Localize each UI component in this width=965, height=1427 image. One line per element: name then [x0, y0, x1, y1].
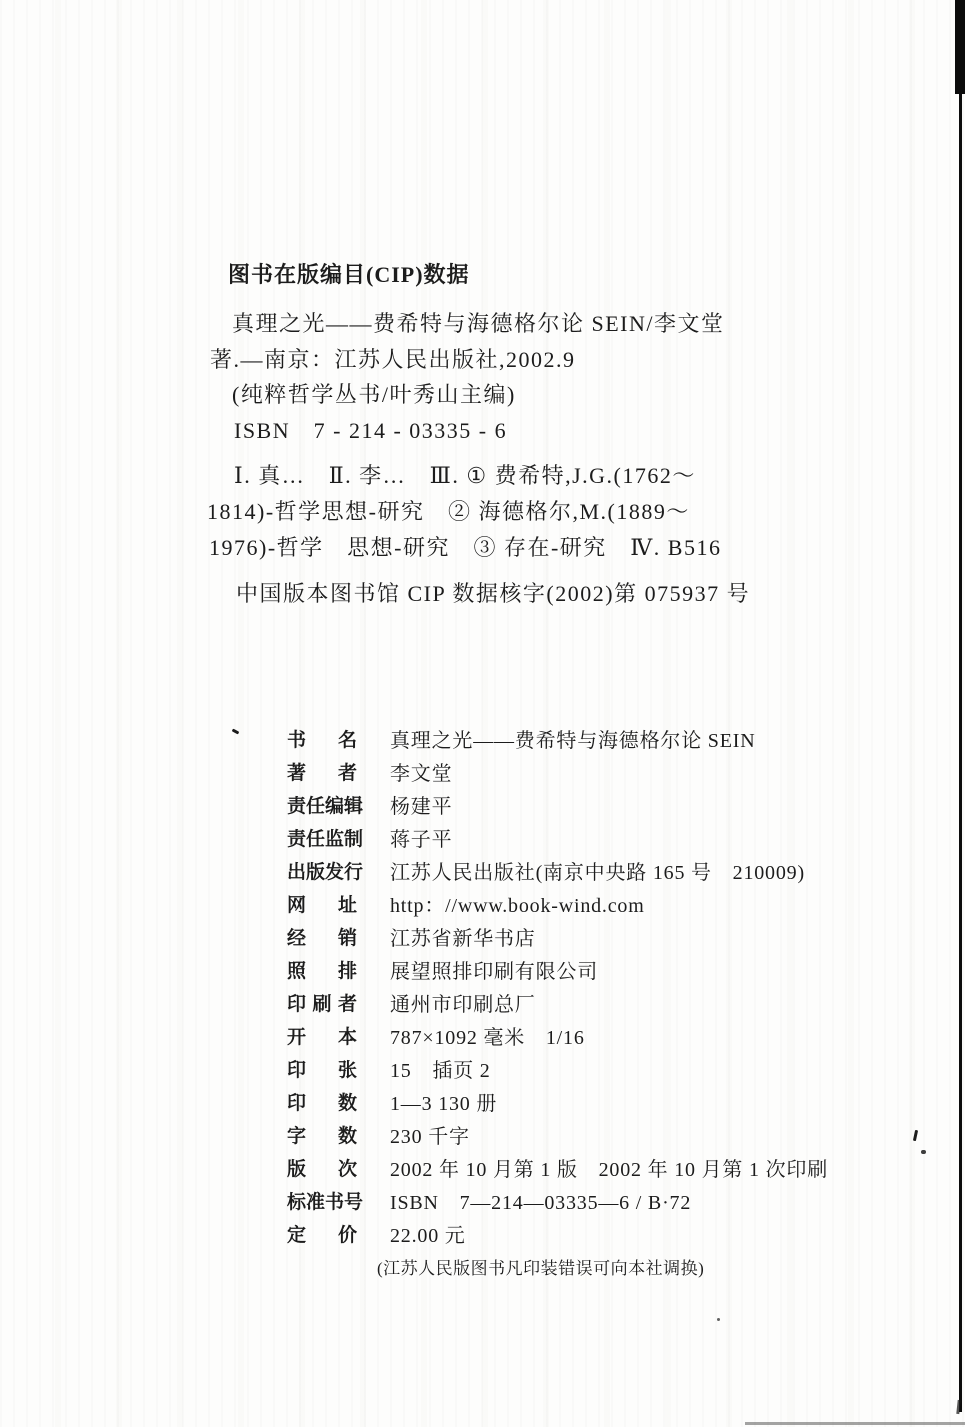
colophon-value: 2002 年 10 月第 1 版 2002 年 10 月第 1 次印刷: [390, 1153, 828, 1182]
colophon-row-editor: 责任编辑 杨建平: [287, 788, 847, 821]
colophon-row-book-title: 书名 真理之光——费希特与海德格尔论 SEIN: [287, 722, 847, 755]
colophon-value: 江苏省新华书店: [390, 922, 536, 951]
colophon-row-website: 网址 http：//www.book-wind.com: [287, 887, 847, 920]
scan-speck: [921, 1150, 926, 1154]
scan-speck: [913, 1130, 918, 1141]
colophon-value: http：//www.book-wind.com: [390, 889, 645, 918]
colophon-row-standard-isbn: 标准书号 ISBN 7—214—03335—6 / B·72: [287, 1184, 847, 1217]
colophon-value: 真理之光——费希特与海德格尔论 SEIN: [390, 724, 755, 753]
scan-speck: [232, 729, 240, 735]
colophon-row-format: 开本 787×1092 毫米 1/16: [287, 1019, 847, 1052]
colophon-row-word-count: 字数 230 千字: [287, 1118, 847, 1151]
colophon-label: 网址: [287, 890, 357, 917]
colophon-label: 责任编辑: [287, 791, 357, 818]
scan-speck: [717, 1318, 720, 1321]
colophon-label: 出版发行: [287, 857, 357, 884]
colophon-row-supervisor: 责任监制 蒋子平: [287, 821, 847, 854]
colophon-label: 责任监制: [287, 824, 357, 851]
colophon-value: ISBN 7—214—03335—6 / B·72: [390, 1186, 691, 1215]
colophon-value: 22.00 元: [390, 1219, 466, 1248]
colophon-label: 标准书号: [287, 1187, 357, 1214]
colophon-label: 开本: [287, 1022, 357, 1049]
cip-publisher-line: 著.—南京：江苏人民出版社,2002.9: [210, 343, 576, 374]
colophon-value: 蒋子平: [390, 823, 452, 852]
cip-classification-line-1: Ⅰ. 真… Ⅱ. 李… Ⅲ. ① 费希特,J.G.(1762～: [234, 459, 696, 490]
colophon-row-publisher: 出版发行 江苏人民出版社(南京中央路 165 号 210009): [287, 854, 847, 887]
colophon-value: 李文堂: [390, 757, 452, 786]
colophon-label: 印数: [287, 1088, 357, 1115]
colophon-label: 经销: [287, 923, 357, 950]
colophon-block: 书名 真理之光——费希特与海德格尔论 SEIN 著者 李文堂 责任编辑 杨建平 …: [287, 722, 847, 1250]
cip-heading: 图书在版编目(CIP)数据: [228, 258, 470, 289]
colophon-value: 1—3 130 册: [390, 1087, 497, 1116]
cip-title-line: 真理之光——费希特与海德格尔论 SEIN/李文堂: [232, 307, 725, 338]
colophon-label: 书名: [287, 725, 357, 752]
scan-edge-line: [959, 0, 962, 1412]
colophon-row-sheets: 印张 15 插页 2: [287, 1052, 847, 1085]
cip-classification-line-2: 1814)-哲学思想-研究 ② 海德格尔,M.(1889～: [207, 495, 690, 526]
colophon-value: 通州市印刷总厂: [390, 988, 536, 1017]
scan-bottom-smudge: [745, 1422, 965, 1425]
colophon-label: 印张: [287, 1055, 357, 1082]
colophon-label: 字数: [287, 1121, 357, 1148]
colophon-row-distributor: 经销 江苏省新华书店: [287, 920, 847, 953]
colophon-value: 230 千字: [390, 1120, 470, 1149]
cip-series-line: (纯粹哲学丛书/叶秀山主编): [232, 378, 516, 409]
colophon-row-author: 著者 李文堂: [287, 755, 847, 788]
colophon-row-print-run: 印数 1—3 130 册: [287, 1085, 847, 1118]
colophon-value: 15 插页 2: [390, 1054, 491, 1083]
cip-record-number-line: 中国版本图书馆 CIP 数据核字(2002)第 075937 号: [236, 577, 750, 608]
colophon-label: 版次: [287, 1154, 357, 1181]
exchange-note: (江苏人民版图书凡印装错误可向本社调换): [377, 1254, 704, 1279]
colophon-value: 787×1092 毫米 1/16: [390, 1021, 585, 1050]
colophon-row-edition: 版次 2002 年 10 月第 1 版 2002 年 10 月第 1 次印刷: [287, 1151, 847, 1184]
colophon-label: 印刷者: [287, 989, 357, 1016]
colophon-row-typesetter: 照排 展望照排印刷有限公司: [287, 953, 847, 986]
colophon-label: 著者: [287, 758, 357, 785]
cip-classification-line-3: 1976)-哲学 思想-研究 ③ 存在-研究 Ⅳ. B516: [209, 531, 721, 562]
colophon-value: 江苏人民出版社(南京中央路 165 号 210009): [390, 856, 805, 885]
colophon-label: 定价: [287, 1220, 357, 1247]
colophon-label: 照排: [287, 956, 357, 983]
colophon-value: 杨建平: [390, 790, 452, 819]
colophon-row-price: 定价 22.00 元: [287, 1217, 847, 1250]
cip-isbn-line: ISBN 7 - 214 - 03335 - 6: [234, 414, 507, 445]
colophon-row-printer: 印刷者 通州市印刷总厂: [287, 986, 847, 1019]
colophon-value: 展望照排印刷有限公司: [390, 955, 598, 984]
scanned-copyright-page: 图书在版编目(CIP)数据 真理之光——费希特与海德格尔论 SEIN/李文堂 著…: [0, 0, 965, 1427]
